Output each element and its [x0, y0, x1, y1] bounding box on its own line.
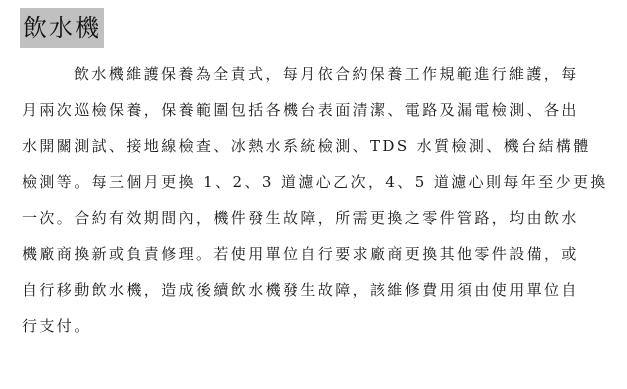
paragraph-line: 機廠商換新或負責修理。若使用單位自行要求廠商更換其他零件設備，或 [22, 236, 612, 272]
paragraph-line: 月兩次巡檢保養，保養範圍包括各機台表面清潔、電路及漏電檢測、各出 [22, 92, 612, 128]
paragraph-line: 一次。合約有效期間內，機件發生故障，所需更換之零件管路，均由飲水 [22, 200, 612, 236]
paragraph-line: 飲水機維護保養為全責式，每月依合約保養工作規範進行維護，每 [22, 56, 612, 92]
section-title: 飲水機 [20, 8, 104, 48]
paragraph-line: 檢測等。每三個月更換 1、2、3 道濾心乙次，4、5 道濾心則每年至少更換 [22, 164, 612, 200]
paragraph-line: 自行移動飲水機，造成後續飲水機發生故障，該維修費用須由使用單位自 [22, 272, 612, 308]
body-paragraph: 飲水機維護保養為全責式，每月依合約保養工作規範進行維護，每 月兩次巡檢保養，保養… [22, 56, 612, 344]
paragraph-line: 行支付。 [22, 308, 612, 344]
paragraph-line: 水開關測試、接地線檢查、冰熱水系統檢測、TDS 水質檢測、機台結構體 [22, 128, 612, 164]
